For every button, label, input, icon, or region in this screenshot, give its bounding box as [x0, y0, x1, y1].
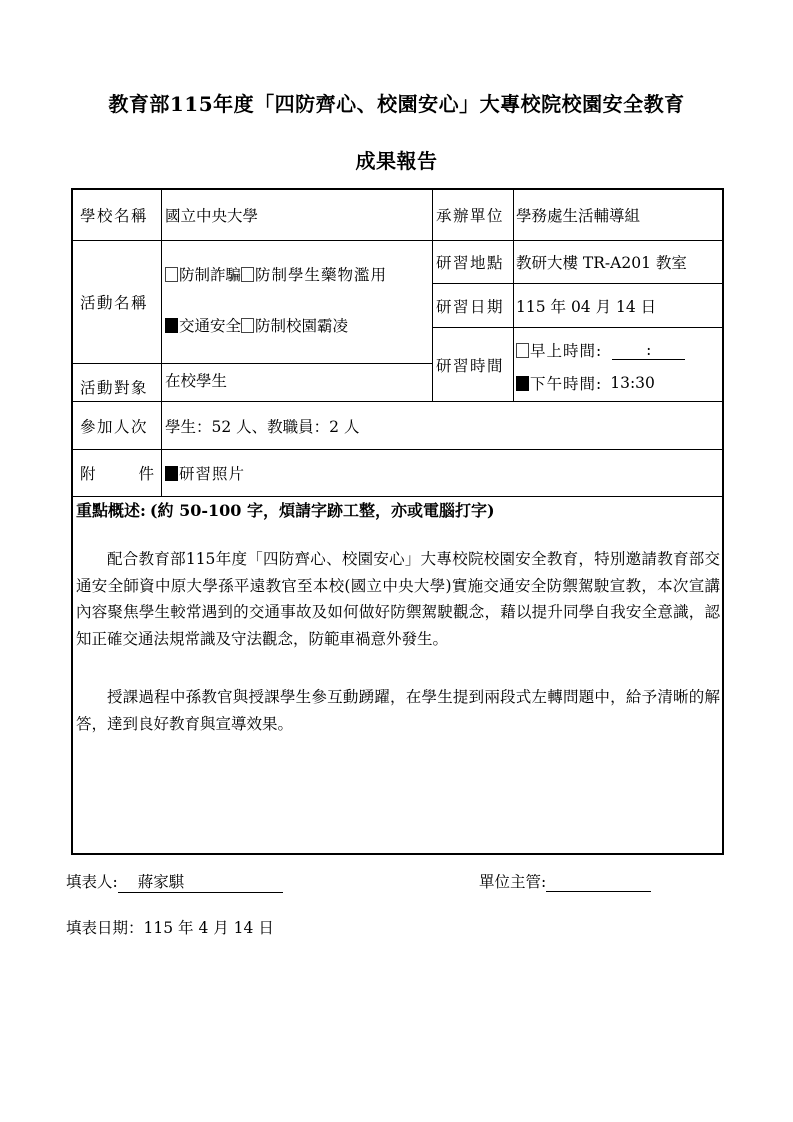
checkbox-bullying-prevention[interactable]: [241, 318, 254, 333]
location-label: 研習地點: [436, 241, 504, 283]
target-value[interactable]: 在校學生: [165, 364, 227, 396]
activity-name-label: 活動名稱: [80, 241, 148, 363]
target-label: 活動對象: [80, 364, 148, 405]
summary-heading: 重點概述:: [76, 498, 146, 521]
report-title-line1: 教育部115年度「四防齊心、校園安心」大專校院校園安全教育: [0, 88, 793, 117]
date-value[interactable]: 115 年 04 月 14 日: [516, 284, 656, 327]
activity-options-row1: 防制詐騙防制學生藥物濫用: [165, 262, 387, 286]
school-name-value[interactable]: 國立中央大學: [165, 190, 258, 240]
fill-date-row: 填表日期：115 年 4 月 14 日: [66, 916, 274, 938]
checkbox-morning[interactable]: [516, 343, 529, 358]
location-value[interactable]: 教研大樓 TR-A201 教室: [516, 241, 687, 283]
option-bullying-prevention: 防制校園霸凌: [255, 314, 348, 336]
checkbox-fraud-prevention[interactable]: [165, 267, 178, 282]
activity-options-row2: 交通安全防制校園霸凌: [165, 313, 348, 337]
attachment-photos-label: 研習照片: [179, 462, 245, 484]
time-label: 研習時間: [436, 328, 504, 401]
filler-name[interactable]: 蔣家騏: [118, 870, 283, 893]
afternoon-time-value[interactable]: 13:30: [610, 374, 655, 392]
fill-date-value[interactable]: 115 年 4 月 14 日: [144, 919, 274, 937]
option-traffic-safety: 交通安全: [179, 314, 241, 336]
option-fraud-prevention: 防制詐騙: [179, 263, 241, 285]
participants-label: 參加人次: [80, 402, 148, 449]
summary-heading-row: 重點概述: (約 50-100 字，煩請字跡工整，亦或電腦打字): [76, 497, 495, 521]
supervisor-row: 單位主管:: [479, 870, 651, 892]
supervisor-signature[interactable]: [546, 873, 651, 892]
morning-time-row: 早上時間: :: [516, 339, 685, 361]
fill-date-label: 填表日期：: [66, 919, 144, 937]
attachment-label: 附 件: [80, 450, 158, 496]
afternoon-time-row: 下午時間: 13:30: [516, 372, 655, 394]
morning-time-value[interactable]: :: [612, 341, 685, 360]
organizer-label: 承辦單位: [436, 190, 504, 240]
afternoon-time-label: 下午時間:: [530, 372, 602, 394]
summary-paragraph-2[interactable]: 授課過程中孫教官與授課學生參互動踴躍，在學生提到兩段式左轉問題中，給予清晰的解答…: [76, 684, 720, 737]
checkbox-traffic-safety[interactable]: [165, 318, 178, 333]
summary-hint: (約 50-100 字，煩請字跡工整，亦或電腦打字): [150, 498, 495, 521]
morning-time-label: 早上時間:: [530, 339, 602, 361]
supervisor-label: 單位主管:: [479, 873, 546, 891]
attachment-label-b: 件: [138, 462, 154, 484]
filler-row: 填表人:蔣家騏: [66, 870, 283, 893]
summary-paragraph-1[interactable]: 配合教育部115年度「四防齊心、校園安心」大專校院校園安全教育，特別邀請教育部交…: [76, 546, 720, 652]
report-title-line2: 成果報告: [0, 145, 793, 174]
date-label: 研習日期: [436, 284, 504, 327]
attachment-value: 研習照片: [165, 450, 245, 496]
checkbox-drug-abuse-prevention[interactable]: [241, 267, 254, 282]
organizer-value[interactable]: 學務處生活輔導組: [516, 190, 640, 240]
school-name-label: 學校名稱: [80, 190, 148, 240]
filler-label: 填表人:: [66, 873, 118, 891]
participants-value[interactable]: 學生：52 人、教職員：2 人: [165, 402, 359, 449]
checkbox-afternoon[interactable]: [516, 376, 529, 391]
attachment-label-a: 附: [80, 462, 96, 484]
option-drug-abuse-prevention: 防制學生藥物濫用: [255, 263, 387, 285]
checkbox-attachment-photos[interactable]: [165, 466, 178, 481]
